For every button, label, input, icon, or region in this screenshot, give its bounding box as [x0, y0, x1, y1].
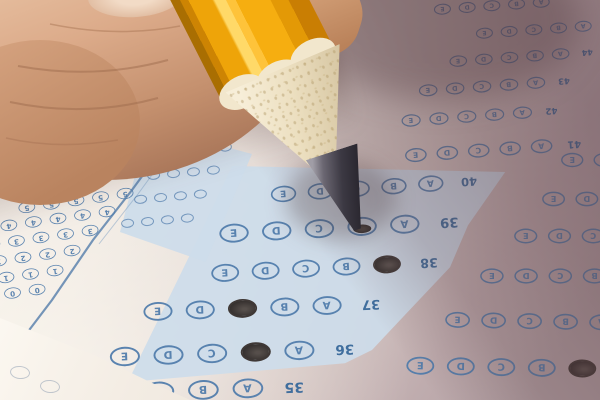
finger-crease: [50, 24, 180, 32]
answer-sheet-photo: 35ABCDE36ABCDE37ABCDE38ABCDE39ABCDE40ABC…: [0, 0, 600, 400]
finger-crease: [6, 138, 118, 145]
finger-crease: [18, 60, 168, 72]
finger-crease: [10, 98, 158, 109]
